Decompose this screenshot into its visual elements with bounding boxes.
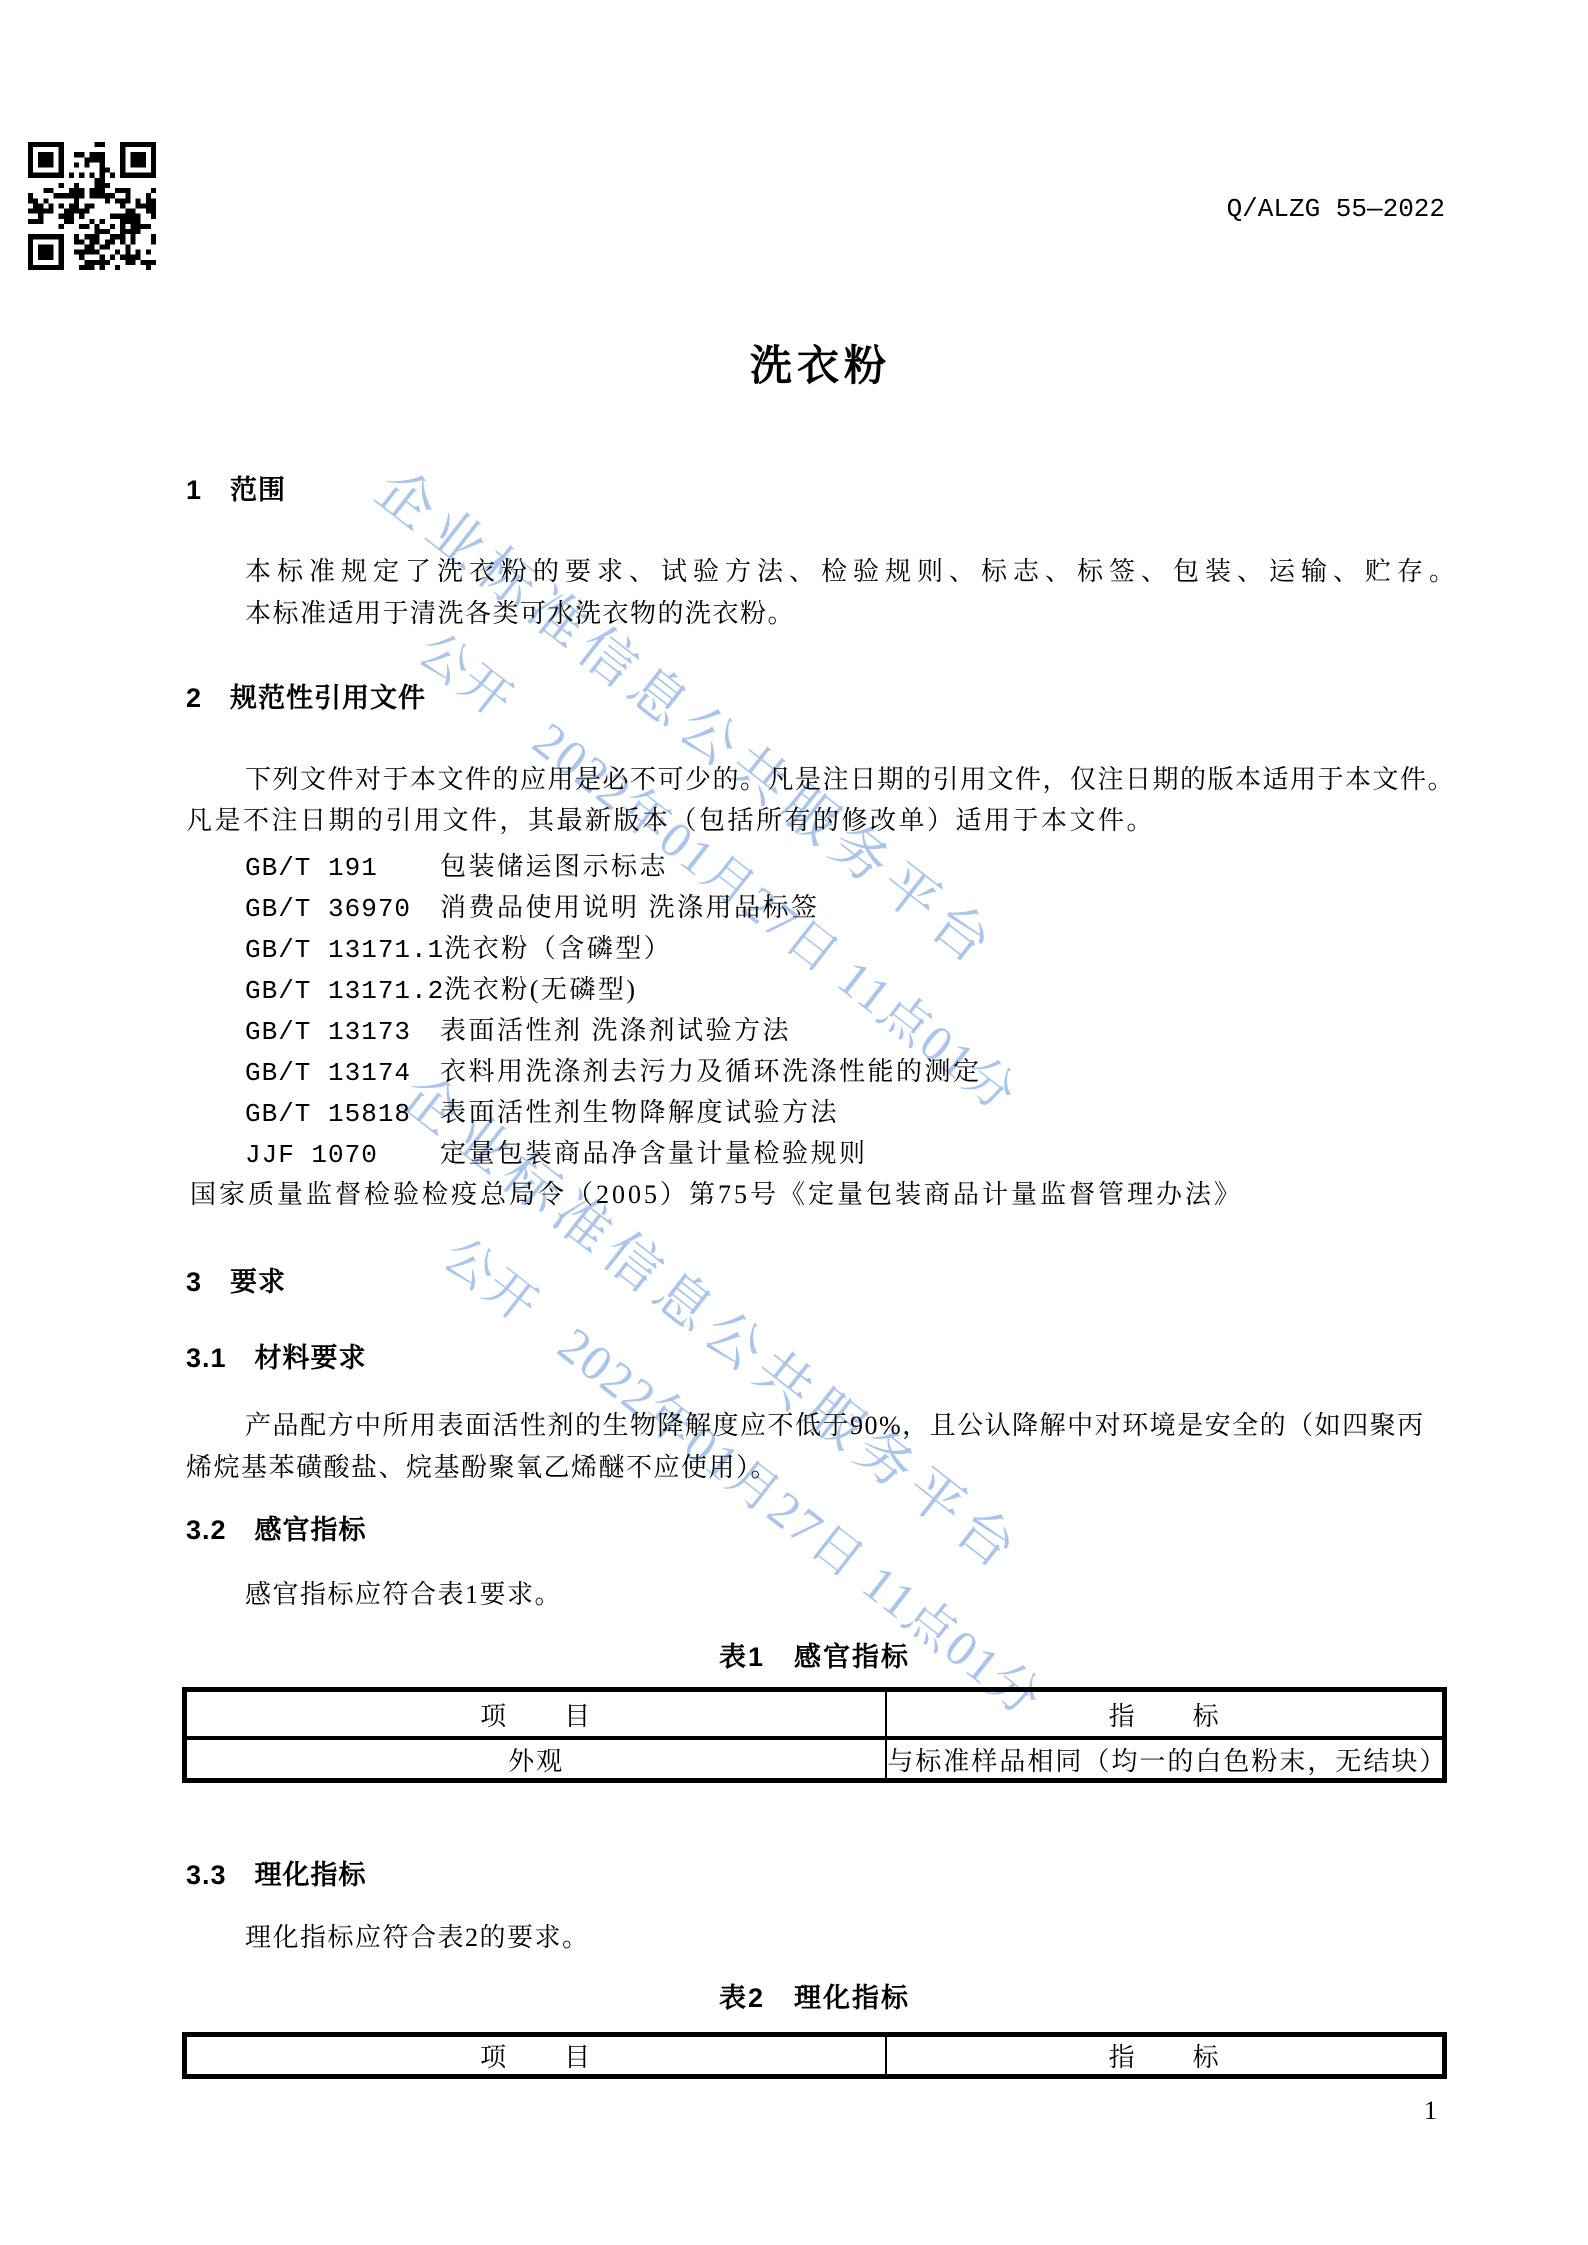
section-heading-normative-references: 2 规范性引用文件 <box>186 676 426 715</box>
reference-item: GB/T 36970消费品使用说明 洗涤用品标签 <box>245 887 820 924</box>
material-paragraph-line-2: 烯烷基苯磺酸盐、烷基酚聚氧乙烯醚不应使用）。 <box>186 1447 778 1484</box>
references-intro-line-2: 凡是不注日期的引用文件，其最新版本（包括所有的修改单）适用于本文件。 <box>186 800 1155 837</box>
section-heading-scope: 1 范围 <box>186 468 286 507</box>
page-title: 洗衣粉 <box>186 333 1455 393</box>
reference-title: 消费品使用说明 洗涤用品标签 <box>440 893 820 922</box>
reference-title: 表面活性剂生物降解度试验方法 <box>440 1098 839 1127</box>
table-header-cell: 指 标 <box>886 2035 1444 2077</box>
table-header-cell: 指 标 <box>886 1690 1444 1739</box>
table-header-row: 项 目指 标 <box>185 1690 1445 1739</box>
table-cell: 外观 <box>185 1738 887 1781</box>
material-paragraph-line-1: 产品配方中所用表面活性剂的生物降解度应不低于90%，且公认降解中对环境是安全的（… <box>245 1405 1425 1442</box>
watermark-public-label: 公开 <box>433 1226 549 1334</box>
reference-title: 定量包装商品净含量计量检验规则 <box>440 1139 868 1168</box>
reference-title: 表面活性剂 洗涤剂试验方法 <box>440 1016 791 1045</box>
table-header-cell: 项 目 <box>185 2035 887 2077</box>
scope-paragraph-2: 本标准适用于清洗各类可水洗衣物的洗衣粉。 <box>245 593 795 630</box>
reference-code: GB/T 15818 <box>245 1099 440 1129</box>
watermark-gap <box>497 721 530 747</box>
table1-caption: 表1 感官指标 <box>182 1635 1447 1674</box>
reference-item: GB/T 13171.2洗衣粉(无磷型) <box>245 969 638 1006</box>
reference-item: GB/T 13174衣料用洗涤剂去污力及循环洗涤性能的测定 <box>245 1051 982 1088</box>
table-header-row: 项 目指 标 <box>185 2035 1445 2077</box>
table-header-cell: 项 目 <box>185 1690 887 1739</box>
table-cell: 与标准样品相同（均一的白色粉末，无结块） <box>886 1738 1444 1781</box>
reference-code: GB/T 191 <box>245 853 440 883</box>
table-row: 外观与标准样品相同（均一的白色粉末，无结块） <box>185 1738 1445 1781</box>
reference-code: GB/T 36970 <box>245 894 440 924</box>
reference-title: 包装储运图示标志 <box>440 852 668 881</box>
section-heading-material-requirements: 3.1 材料要求 <box>186 1336 367 1375</box>
qr-code-icon <box>27 142 157 270</box>
reference-title: 衣料用洗涤剂去污力及循环洗涤性能的测定 <box>440 1057 982 1086</box>
reference-code: GB/T 13171.1 <box>245 935 444 965</box>
physicochemical-paragraph: 理化指标应符合表2的要求。 <box>245 1917 590 1954</box>
sensory-index-table: 项 目指 标 外观与标准样品相同（均一的白色粉末，无结块） <box>182 1687 1447 1783</box>
reference-item: GB/T 191包装储运图示标志 <box>245 846 668 883</box>
table1: 项 目指 标 外观与标准样品相同（均一的白色粉末，无结块） <box>182 1687 1447 1783</box>
references-intro-line-1: 下列文件对于本文件的应用是必不可少的。凡是注日期的引用文件，仅注日期的版本适用于… <box>245 759 1455 796</box>
table2: 项 目指 标 <box>182 2032 1447 2079</box>
reference-item: GB/T 15818表面活性剂生物降解度试验方法 <box>245 1092 839 1129</box>
section-heading-requirements: 3 要求 <box>186 1260 286 1299</box>
reference-code: GB/T 13171.2 <box>245 976 444 1006</box>
reference-title: 洗衣粉（含磷型） <box>444 934 672 963</box>
reference-item: GB/T 13173表面活性剂 洗涤剂试验方法 <box>245 1010 791 1047</box>
sensory-paragraph: 感官指标应符合表1要求。 <box>245 1574 562 1611</box>
reference-code: JJF 1070 <box>245 1140 440 1170</box>
reference-item: JJF 1070定量包装商品净含量计量检验规则 <box>245 1133 868 1170</box>
section-heading-physicochemical-index: 3.3 理化指标 <box>186 1853 367 1892</box>
reference-item: GB/T 13171.1洗衣粉（含磷型） <box>245 928 672 965</box>
page-number: 1 <box>1424 2096 1437 2126</box>
physicochemical-index-table: 项 目指 标 <box>182 2032 1447 2079</box>
scope-paragraph-1: 本标准规定了洗衣粉的要求、试验方法、检验规则、标志、标签、包装、运输、贮存。 <box>245 551 1461 588</box>
reference-note: 国家质量监督检验检疫总局令（2005）第75号《定量包装商品计量监督管理办法》 <box>190 1174 1243 1211</box>
reference-code: GB/T 13174 <box>245 1058 440 1088</box>
reference-title: 洗衣粉(无磷型) <box>444 975 637 1004</box>
watermark-gap <box>522 1326 555 1352</box>
document-page: 企业标准信息公共服务平台 公开2022年01月27日 11点01分 企业标准信息… <box>0 0 1588 2245</box>
section-heading-sensory-index: 3.2 感官指标 <box>186 1508 367 1547</box>
reference-code: GB/T 13173 <box>245 1017 440 1047</box>
standard-code: Q/ALZG 55—2022 <box>1227 194 1445 224</box>
table2-caption: 表2 理化指标 <box>182 1976 1447 2015</box>
